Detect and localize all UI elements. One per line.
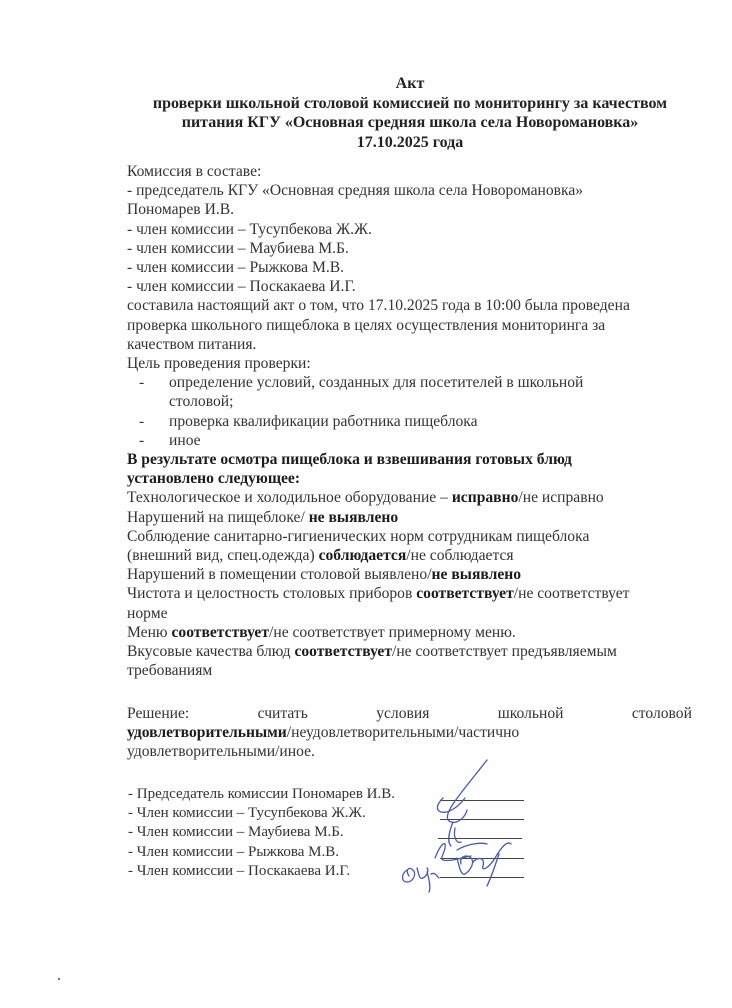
result-violations-kitchen: Нарушений на пищеблоке/ не выявлено <box>127 508 697 527</box>
dash-bullet-icon: - <box>139 431 144 450</box>
purpose-item: - определение условий, созданных для пос… <box>127 373 589 411</box>
scan-speck <box>58 978 60 980</box>
commission-chair-name: Пономарев И.В. <box>127 200 697 219</box>
statement-line: проверка школьного пищеблока в целях осу… <box>127 316 697 335</box>
commission-member: - член комиссии – Поскакаева И.Г. <box>127 277 697 296</box>
purpose-list: - определение условий, созданных для пос… <box>127 373 697 450</box>
purpose-label: Цель проведения проверки: <box>127 354 697 373</box>
commission-member: - член комиссии – Тусупбекова Ж.Ж. <box>127 220 697 239</box>
dash-bullet-icon: - <box>139 412 144 431</box>
document-page: Акт проверки школьной столовой комиссией… <box>0 0 732 1008</box>
result-cutlery-line2: норме <box>127 604 697 623</box>
results-heading: В результате осмотра пищеблока и взвешив… <box>127 450 697 469</box>
document-header: Акт проверки школьной столовой комиссией… <box>120 74 700 152</box>
result-taste-line2: требованиям <box>127 661 697 680</box>
result-equipment: Технологическое и холодильное оборудован… <box>127 488 697 507</box>
handwritten-signatures-icon <box>395 758 535 893</box>
commission-intro: Комиссия в составе: <box>127 162 697 181</box>
document-date: 17.10.2025 года <box>120 133 700 153</box>
commission-member: - член комиссии – Рыжкова М.В. <box>127 258 697 277</box>
result-sanitary-line1: Соблюдение санитарно-гигиенических норм … <box>127 527 697 546</box>
document-subtitle-line2: питания КГУ «Основная средняя школа села… <box>120 113 700 133</box>
document-body: Комиссия в составе: - председатель КГУ «… <box>127 162 697 680</box>
result-taste: Вкусовые качества блюд соответствует/не … <box>127 642 697 661</box>
commission-member: - член комиссии – Маубиева М.Б. <box>127 239 697 258</box>
result-violations-dining: Нарушений в помещении столовой выявлено/… <box>127 565 697 584</box>
commission-chair-line: - председатель КГУ «Основная средняя шко… <box>127 181 697 200</box>
purpose-item: - проверка квалификации работника пищебл… <box>127 412 697 431</box>
statement-line: качеством питания. <box>127 335 697 354</box>
document-title: Акт <box>120 74 700 94</box>
decision-block: Решение: считать условия школьной столов… <box>127 704 692 762</box>
result-sanitary-line2: (внешний вид, спец.одежда) соблюдается/н… <box>127 546 697 565</box>
dash-bullet-icon: - <box>139 373 144 392</box>
decision-line1: Решение: считать условия школьной столов… <box>127 704 692 723</box>
results-heading: установлено следующее: <box>127 469 697 488</box>
result-cutlery: Чистота и целостность столовых приборов … <box>127 584 697 603</box>
result-menu: Меню соответствует/не соответствует прим… <box>127 623 697 642</box>
statement-line: составила настоящий акт о том, что 17.10… <box>127 296 697 315</box>
document-subtitle-line1: проверки школьной столовой комиссией по … <box>120 94 700 114</box>
decision-line2: удовлетворительными/неудовлетворительным… <box>127 723 692 742</box>
purpose-item: - иное <box>127 431 697 450</box>
